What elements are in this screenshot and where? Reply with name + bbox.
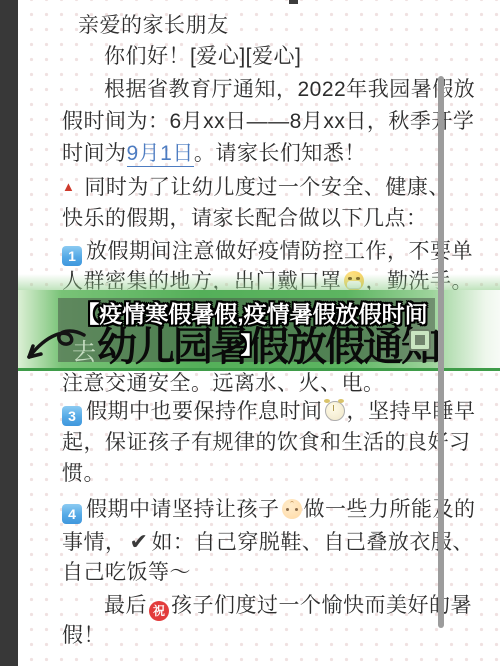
text: 惯。	[62, 462, 105, 485]
check-mark-icon: ✔	[130, 529, 149, 554]
paragraph-notice-line3: 时间为9月1日。请家长们知悉！	[62, 140, 366, 167]
text: 如：自己穿脱鞋、自己叠放衣服、	[151, 531, 474, 554]
item3-line3: 惯。	[62, 460, 105, 487]
article-page: 亲爱的家长朋友 你们好！[爱心][爱心] 根据省教育厅通知，2022年我园暑假放…	[0, 0, 500, 666]
congratulation-emoji-icon: 祝	[149, 601, 169, 621]
keycap-1-icon: 1	[62, 246, 82, 266]
closing-line1: 最后祝孩子们度过一个愉快而美好的暑	[104, 592, 472, 621]
text: 起，保证孩子有规律的饮食和生活的良好习	[62, 431, 471, 454]
text: 注意交通安全。远离水、火、电。	[62, 372, 385, 395]
item3-line1: 3假期中也要保持作息时间，坚持早睡早	[62, 398, 476, 426]
overlay-caption-line2: 】	[56, 330, 448, 361]
date-link[interactable]: 9月1日	[127, 142, 194, 167]
closing-line2: 假！	[62, 622, 105, 649]
text: 。请家长们知悉！	[194, 142, 366, 165]
text: 事情，	[62, 531, 127, 554]
baby-face-emoji-icon	[282, 499, 302, 519]
paragraph-notice-line2: 假时间为：6月xx日——8月xx日，秋季开学	[62, 108, 474, 135]
text: 最后	[104, 594, 147, 617]
hand-drawn-arrow-icon	[16, 326, 90, 370]
paragraph-safety-line2: 快乐的假期，请家长配合做以下几点：	[62, 205, 428, 232]
text: 根据省教育厅通知，2022年我园暑假放	[104, 78, 475, 101]
text: 做一些力所能及的	[304, 498, 476, 521]
keycap-4-icon: 4	[62, 504, 82, 524]
item4-line1: 4假期中请坚持让孩子做一些力所能及的	[62, 496, 476, 524]
red-triangle-icon: ▲	[62, 179, 75, 194]
text: 同时为了让幼儿度过一个安全、健康、	[84, 176, 450, 199]
item3-line2: 起，保证孩子有规律的饮食和生活的良好习	[62, 429, 471, 456]
text: 亲爱的家长朋友	[78, 14, 229, 37]
overlay-caption-line1: 【疫情寒假暑假,疫情暑假放假时间	[56, 299, 448, 330]
text: 孩子们度过一个愉快而美好的暑	[171, 594, 472, 617]
text: 自己吃饭等～	[62, 561, 191, 584]
item1-line1: 1放假期间注意做好疫情防控工作，不要单	[62, 238, 473, 266]
text: 快乐的假期，请家长配合做以下几点：	[62, 207, 428, 230]
text: 假时间为：6月xx日——8月xx日，秋季开学	[62, 110, 474, 133]
item4-line3: 自己吃饭等～	[62, 559, 191, 586]
item2-line-visible: 注意交通安全。远离水、火、电。	[62, 370, 385, 397]
text: 你们好！[爱心][爱心]	[104, 45, 301, 68]
keycap-3-icon: 3	[62, 406, 82, 426]
text: 假期中请坚持让孩子	[86, 498, 280, 521]
text: 时间为	[62, 142, 127, 165]
paragraph-safety-line1: ▲同时为了让幼儿度过一个安全、健康、	[62, 173, 450, 201]
paragraph-greeting-title: 亲爱的家长朋友	[78, 12, 229, 39]
item4-line2: 事情，✔如：自己穿脱鞋、自己叠放衣服、	[62, 528, 474, 556]
paragraph-notice-line1: 根据省教育厅通知，2022年我园暑假放	[104, 76, 475, 103]
left-letterbox-bar	[0, 0, 18, 666]
paragraph-hello: 你们好！[爱心][爱心]	[104, 43, 301, 70]
text: 放假期间注意做好疫情防控工作，不要单	[86, 240, 473, 263]
clipped-text-fragment	[289, 0, 298, 4]
green-band-fade	[18, 274, 500, 290]
text: ，坚持早睡早	[347, 400, 476, 423]
alarm-clock-emoji-icon	[325, 401, 345, 421]
text: 假！	[62, 624, 105, 647]
scrollbar-thumb[interactable]	[438, 76, 444, 628]
text: 假期中也要保持作息时间	[86, 400, 323, 423]
